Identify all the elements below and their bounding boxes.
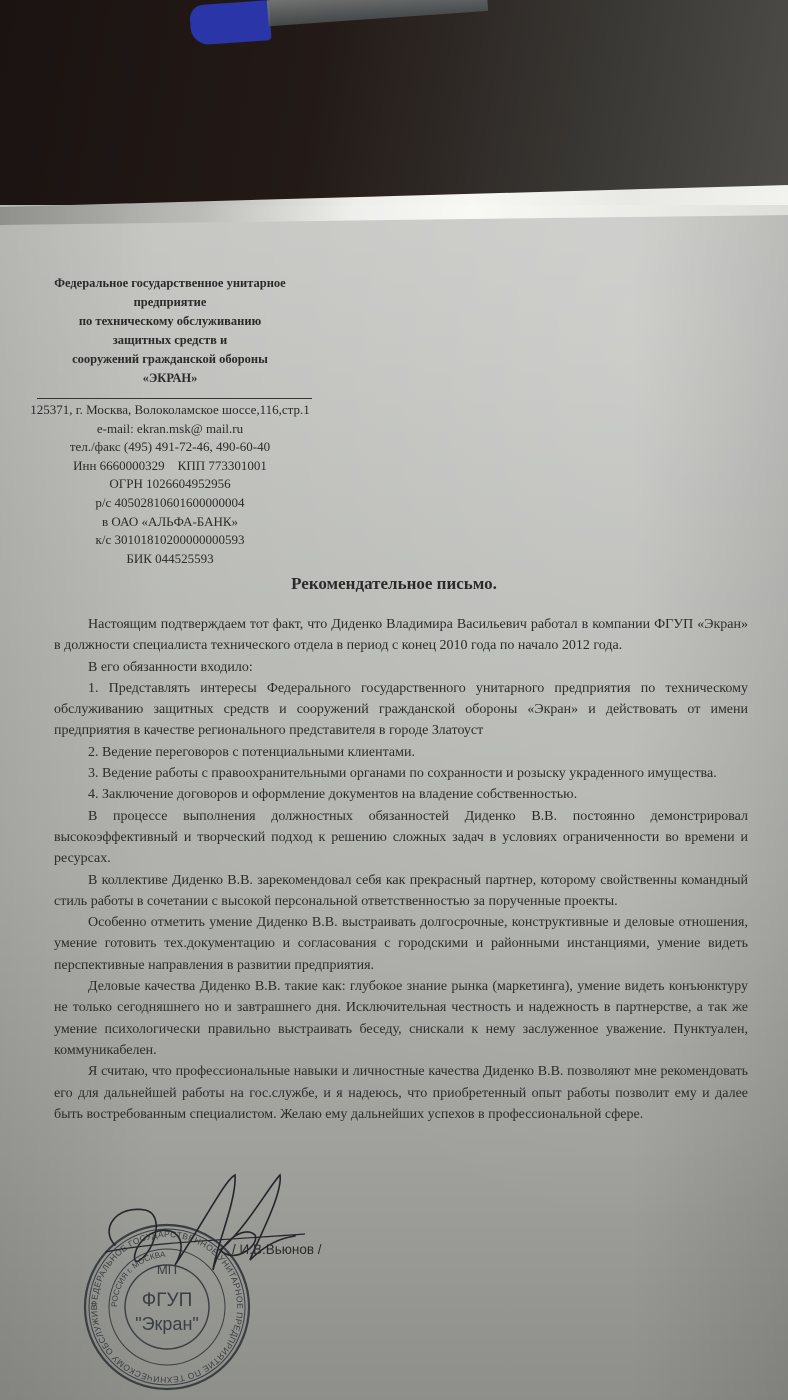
- signatory-name: / И.В.Вьюнов /: [232, 1242, 322, 1257]
- teamwork-paragraph: В коллективе Диденко В.В. зарекомендовал…: [54, 870, 748, 913]
- skills-paragraph: Особенно отметить умение Диденко В.В. вы…: [54, 912, 748, 976]
- org-name-line: Федеральное государственное унитарное: [20, 274, 320, 293]
- address: 125371, г. Москва, Волоколамское шоссе,1…: [2, 401, 338, 420]
- stamp-center-line2: "Экран": [135, 1314, 199, 1334]
- phone-fax: тел./факс (495) 491-72-46, 490-60-40: [20, 438, 320, 457]
- letterhead-divider: [37, 398, 312, 399]
- org-name-line: защитных средств и: [20, 331, 320, 350]
- org-name-line: предприятие: [20, 293, 320, 312]
- duty-item: 3. Ведение работы с правоохранительными …: [54, 763, 748, 784]
- bank-name: в ОАО «АЛЬФА-БАНК»: [20, 513, 320, 532]
- bik: БИК 044525593: [20, 550, 320, 569]
- settlement-account: р/с 40502810601600000004: [20, 494, 320, 513]
- email: e-mail: ekran.msk@ mail.ru: [20, 420, 320, 439]
- letter-body: Настоящим подтверждаем тот факт, что Дид…: [54, 614, 748, 1125]
- letter-title: Рекомендательное письмо.: [0, 574, 788, 594]
- duties-heading: В его обязанности входило:: [54, 657, 748, 678]
- intro-paragraph: Настоящим подтверждаем тот факт, что Дид…: [54, 614, 748, 657]
- handwritten-signature: [95, 1170, 315, 1290]
- pen-cap: [189, 0, 272, 45]
- duty-item: 4. Заключение договоров и оформление док…: [54, 784, 748, 805]
- pen-body: [267, 0, 488, 26]
- correspondent-account: к/с 30101810200000000593: [20, 531, 320, 550]
- performance-paragraph: В процессе выполнения должностных обязан…: [54, 806, 748, 870]
- stamp-center-line1: ФГУП: [142, 1290, 192, 1311]
- desk-background: [0, 0, 788, 210]
- org-name-line: по техническому обслуживанию: [20, 312, 320, 331]
- pen: [119, 0, 481, 52]
- qualities-paragraph: Деловые качества Диденко В.В. такие как:…: [54, 976, 748, 1061]
- letterhead: Федеральное государственное унитарное пр…: [20, 274, 320, 568]
- duty-item: 2. Ведение переговоров с потенциальными …: [54, 742, 748, 763]
- duty-item: 1. Представлять интересы Федерального го…: [54, 678, 748, 742]
- org-name-line: сооружений гражданской обороны: [20, 350, 320, 369]
- ogrn: ОГРН 1026604952956: [20, 475, 320, 494]
- org-name: Федеральное государственное унитарное пр…: [20, 274, 320, 388]
- org-name-line: «ЭКРАН»: [20, 369, 320, 388]
- recommendation-paragraph: Я считаю, что профессиональные навыки и …: [54, 1061, 748, 1125]
- inn-kpp: Инн 6660000329 КПП 773301001: [20, 457, 320, 476]
